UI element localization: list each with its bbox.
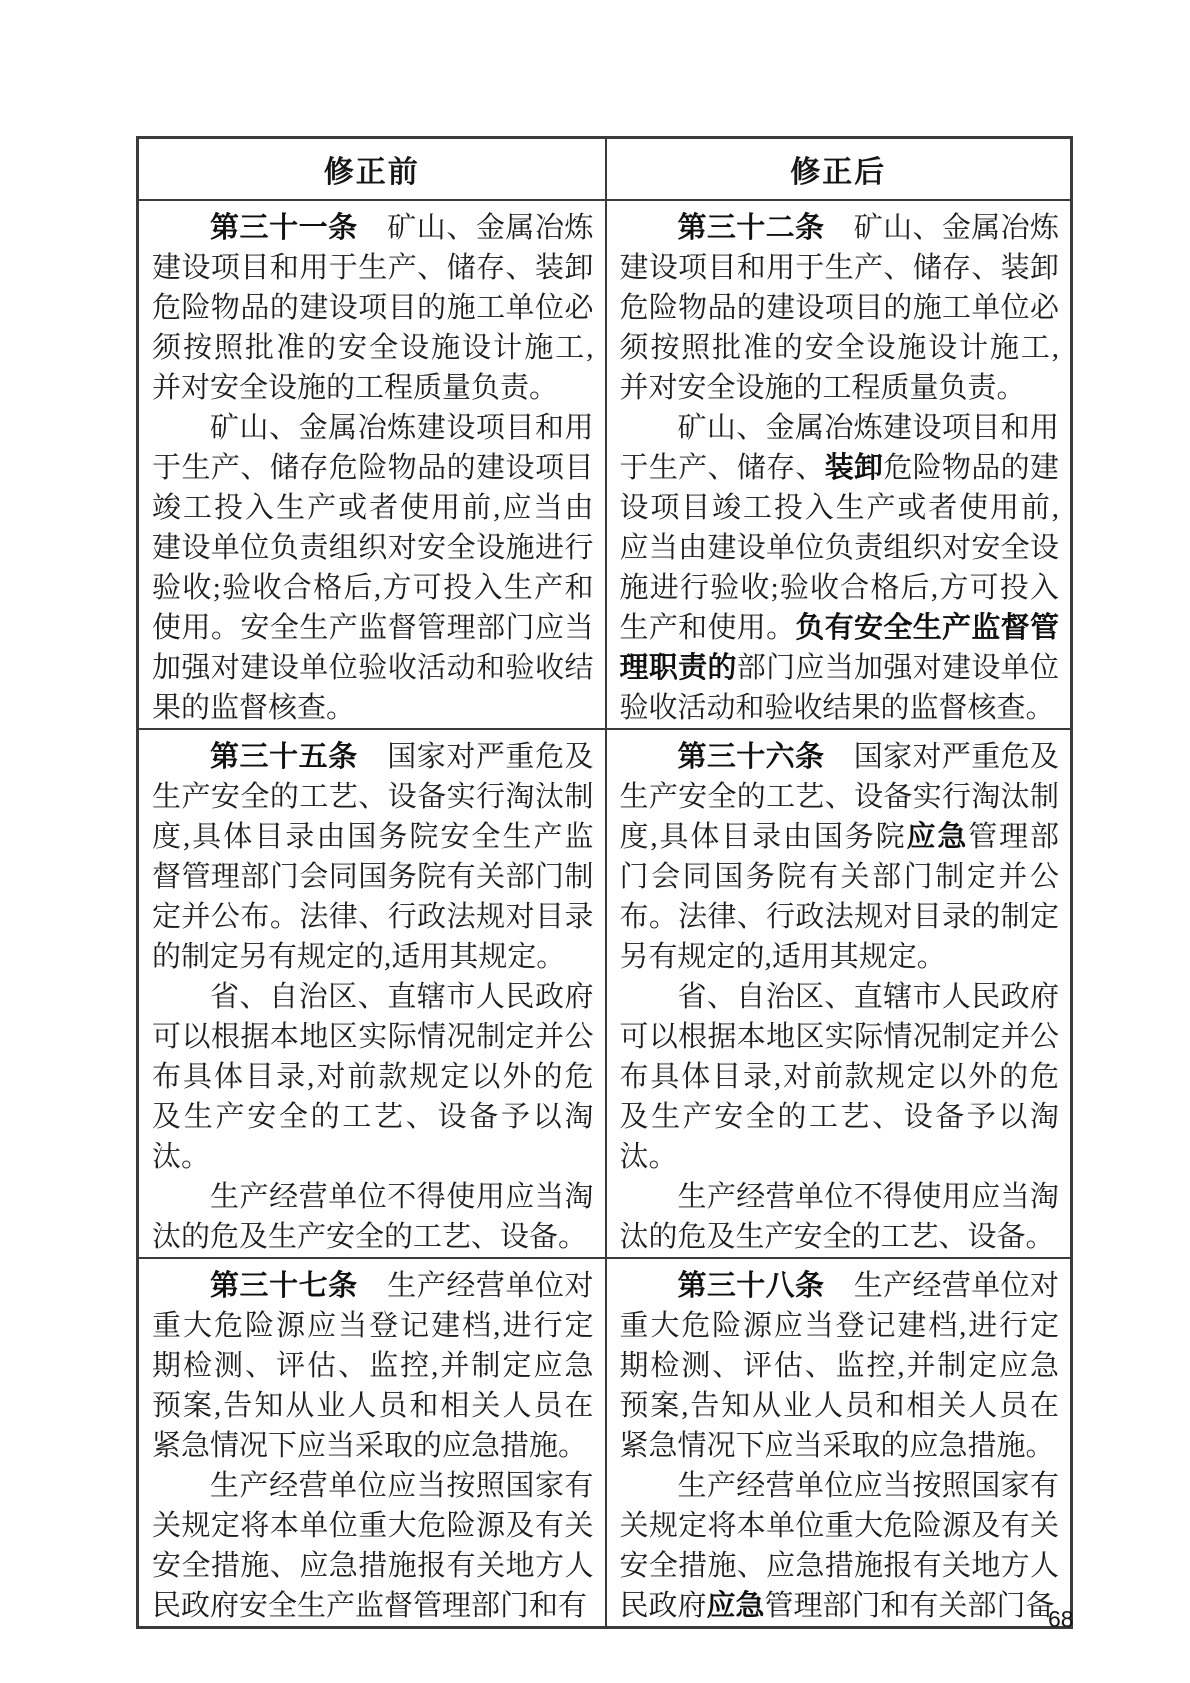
paragraph: 第三十一条 矿山、金属冶炼建设项目和用于生产、储存、装卸危险物品的建设项目的施工…: [152, 208, 594, 408]
column-header-before: 修正前: [138, 138, 606, 200]
revision-highlight-text: 第三十二条: [678, 212, 825, 244]
column-header-after: 修正后: [606, 138, 1072, 200]
text-segment: 省、自治区、直辖市人民政府可以根据本地区实际情况制定并公布具体目录,对前款规定以…: [152, 981, 594, 1173]
text-segment: 生产经营单位应当按照国家有关规定将本单位重大危险源及有关安全措施、应急措施报有关…: [152, 1470, 594, 1622]
paragraph: 矿山、金属冶炼建设项目和用于生产、储存、装卸危险物品的建设项目竣工投入生产或者使…: [620, 408, 1060, 728]
revision-highlight-text: 装卸: [825, 452, 884, 484]
article-cell-before: 第三十一条 矿山、金属冶炼建设项目和用于生产、储存、装卸危险物品的建设项目的施工…: [138, 200, 606, 729]
text-segment: 矿山、金属冶炼建设项目和用于生产、储存危险物品的建设项目竣工投入生产或者使用前,…: [152, 412, 594, 724]
paragraph: 省、自治区、直辖市人民政府可以根据本地区实际情况制定并公布具体目录,对前款规定以…: [152, 977, 594, 1177]
text-segment: 省、自治区、直辖市人民政府可以根据本地区实际情况制定并公布具体目录,对前款规定以…: [620, 981, 1060, 1173]
revision-highlight-text: 应急: [707, 1590, 765, 1622]
revision-comparison-table: 修正前 修正后 第三十一条 矿山、金属冶炼建设项目和用于生产、储存、装卸危险物品…: [136, 136, 1073, 1629]
paragraph: 生产经营单位不得使用应当淘汰的危及生产安全的工艺、设备。: [620, 1177, 1060, 1257]
revision-highlight-text: 第三十一条: [210, 212, 358, 244]
paragraph: 生产经营单位应当按照国家有关规定将本单位重大危险源及有关安全措施、应急措施报有关…: [620, 1466, 1060, 1626]
revision-highlight-text: 第三十五条: [210, 741, 358, 773]
paragraph: 生产经营单位不得使用应当淘汰的危及生产安全的工艺、设备。: [152, 1177, 594, 1257]
text-segment: 生产经营单位不得使用应当淘汰的危及生产安全的工艺、设备。: [620, 1181, 1060, 1253]
table-row: 第三十五条 国家对严重危及生产安全的工艺、设备实行淘汰制度,具体目录由国务院安全…: [138, 729, 1072, 1258]
revision-highlight-text: 应急: [906, 821, 968, 853]
page-number: 68: [1048, 1606, 1074, 1633]
revision-highlight-text: 第三十七条: [210, 1270, 358, 1302]
article-cell-after: 第三十八条 生产经营单位对重大危险源应当登记建档,进行定期检测、评估、监控,并制…: [606, 1258, 1072, 1628]
text-segment: 国家对严重危及生产安全的工艺、设备实行淘汰制度,具体目录由国务院安全生产监督管理…: [152, 741, 594, 973]
paragraph: 矿山、金属冶炼建设项目和用于生产、储存危险物品的建设项目竣工投入生产或者使用前,…: [152, 408, 594, 728]
paragraph: 第三十八条 生产经营单位对重大危险源应当登记建档,进行定期检测、评估、监控,并制…: [620, 1266, 1060, 1466]
article-cell-before: 第三十五条 国家对严重危及生产安全的工艺、设备实行淘汰制度,具体目录由国务院安全…: [138, 729, 606, 1258]
paragraph: 省、自治区、直辖市人民政府可以根据本地区实际情况制定并公布具体目录,对前款规定以…: [620, 977, 1060, 1177]
article-cell-before: 第三十七条 生产经营单位对重大危险源应当登记建档,进行定期检测、评估、监控,并制…: [138, 1258, 606, 1628]
table-row: 第三十一条 矿山、金属冶炼建设项目和用于生产、储存、装卸危险物品的建设项目的施工…: [138, 200, 1072, 729]
revision-highlight-text: 第三十六条: [678, 741, 825, 773]
paragraph: 第三十七条 生产经营单位对重大危险源应当登记建档,进行定期检测、评估、监控,并制…: [152, 1266, 594, 1466]
table-row: 第三十七条 生产经营单位对重大危险源应当登记建档,进行定期检测、评估、监控,并制…: [138, 1258, 1072, 1628]
revision-highlight-text: 第三十八条: [678, 1270, 825, 1302]
text-segment: 生产经营单位不得使用应当淘汰的危及生产安全的工艺、设备。: [152, 1181, 594, 1253]
paragraph: 第三十六条 国家对严重危及生产安全的工艺、设备实行淘汰制度,具体目录由国务院应急…: [620, 737, 1060, 977]
paragraph: 生产经营单位应当按照国家有关规定将本单位重大危险源及有关安全措施、应急措施报有关…: [152, 1466, 594, 1626]
article-cell-after: 第三十六条 国家对严重危及生产安全的工艺、设备实行淘汰制度,具体目录由国务院应急…: [606, 729, 1072, 1258]
paragraph: 第三十二条 矿山、金属冶炼建设项目和用于生产、储存、装卸危险物品的建设项目的施工…: [620, 208, 1060, 408]
text-segment: 管理部门和有关部门备: [765, 1590, 1055, 1622]
table-header-row: 修正前 修正后: [138, 138, 1072, 200]
article-cell-after: 第三十二条 矿山、金属冶炼建设项目和用于生产、储存、装卸危险物品的建设项目的施工…: [606, 200, 1072, 729]
paragraph: 第三十五条 国家对严重危及生产安全的工艺、设备实行淘汰制度,具体目录由国务院安全…: [152, 737, 594, 977]
document-page: 修正前 修正后 第三十一条 矿山、金属冶炼建设项目和用于生产、储存、装卸危险物品…: [0, 0, 1190, 1683]
